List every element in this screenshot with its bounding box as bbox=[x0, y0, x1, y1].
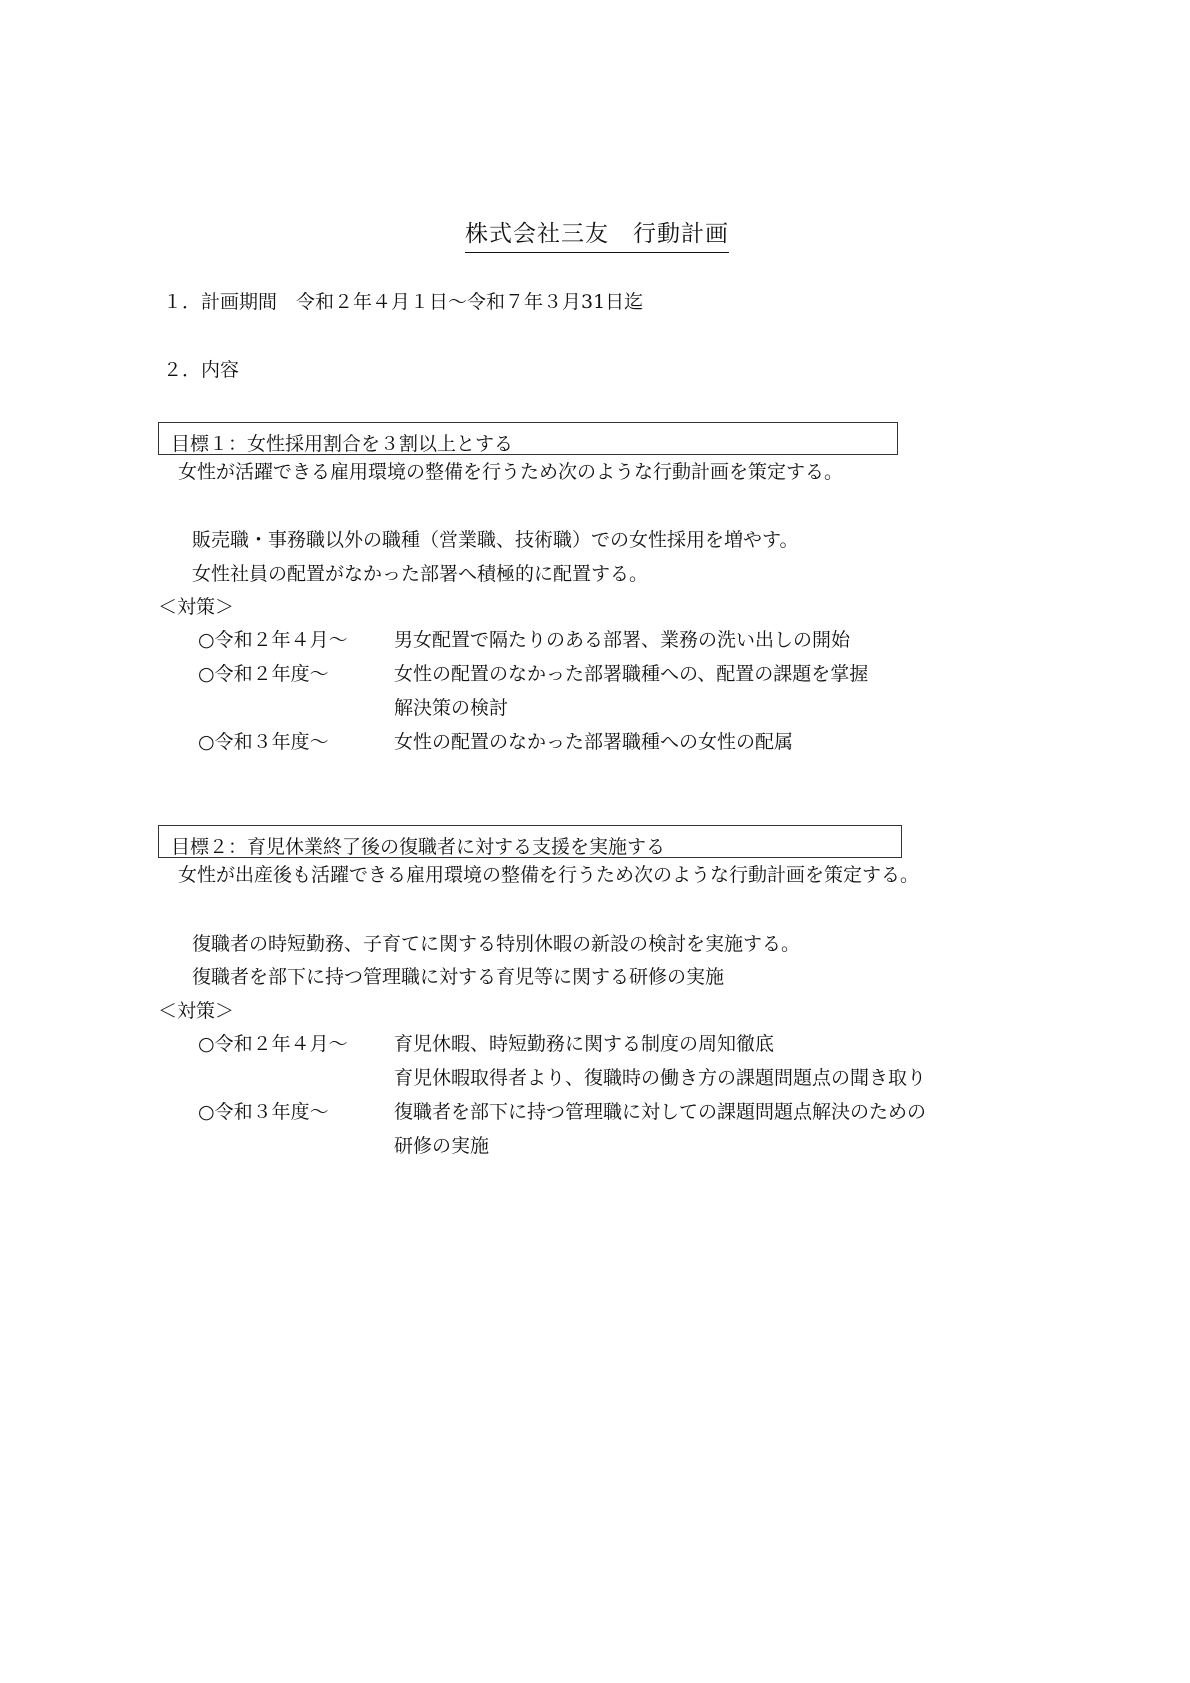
goal2-measure-when: ○令和３年度～ bbox=[198, 1103, 329, 1122]
goal2-measure-when: ○令和２年４月～ bbox=[198, 1035, 348, 1054]
page-title: 株式会社三友 行動計画 bbox=[465, 223, 729, 253]
goal2-heading: 目標２：育児休業終了後の復職者に対する支援を実施する bbox=[171, 832, 665, 859]
contents-heading: ２．内容 bbox=[163, 361, 239, 380]
goal2-point: 復職者を部下に持つ管理職に対する育児等に関する研修の実施 bbox=[192, 968, 724, 987]
goal2-intro: 女性が出産後も活躍できる雇用環境の整備を行うため次のような行動計画を策定する。 bbox=[178, 866, 919, 885]
goal1-measure-what: 男女配置で隔たりのある部署、業務の洗い出しの開始 bbox=[394, 631, 850, 650]
goal1-measures-label: ＜対策＞ bbox=[158, 598, 234, 617]
goal2-measure-what: 研修の実施 bbox=[394, 1137, 489, 1156]
goal1-heading: 目標１：女性採用割合を３割以上とする bbox=[171, 429, 513, 456]
goal2-measure-what: 復職者を部下に持つ管理職に対しての課題問題点解決のための bbox=[394, 1103, 926, 1122]
goal1-measure-when: ○令和２年４月～ bbox=[198, 631, 348, 650]
goal2-measures-label: ＜対策＞ bbox=[158, 1002, 234, 1021]
goal1-point: 女性社員の配置がなかった部署へ積極的に配置する。 bbox=[192, 565, 648, 584]
goal2-point: 復職者の時短勤務、子育てに関する特別休暇の新設の検討を実施する。 bbox=[192, 935, 800, 954]
goal2-measure-what: 育児休暇取得者より、復職時の働き方の課題問題点の聞き取り bbox=[394, 1069, 926, 1088]
goal2-box: 目標２：育児休業終了後の復職者に対する支援を実施する bbox=[158, 825, 902, 858]
goal1-measure-when: ○令和３年度～ bbox=[198, 733, 329, 752]
goal1-point: 販売職・事務職以外の職種（営業職、技術職）での女性採用を増やす。 bbox=[192, 531, 798, 550]
goal1-measure-what: 女性の配置のなかった部署職種への女性の配属 bbox=[394, 733, 793, 752]
goal2-measure-what: 育児休暇、時短勤務に関する制度の周知徹底 bbox=[394, 1035, 774, 1054]
goal1-intro: 女性が活躍できる雇用環境の整備を行うため次のような行動計画を策定する。 bbox=[178, 463, 843, 482]
plan-period: １．計画期間 令和２年４月１日～令和７年３月31日迄 bbox=[163, 293, 643, 312]
goal1-box: 目標１：女性採用割合を３割以上とする bbox=[158, 422, 898, 455]
goal1-measure-when: ○令和２年度～ bbox=[198, 665, 329, 684]
goal1-measure-what: 女性の配置のなかった部署職種への、配置の課題を掌握 bbox=[394, 665, 868, 684]
goal1-measure-what: 解決策の検討 bbox=[394, 699, 508, 718]
